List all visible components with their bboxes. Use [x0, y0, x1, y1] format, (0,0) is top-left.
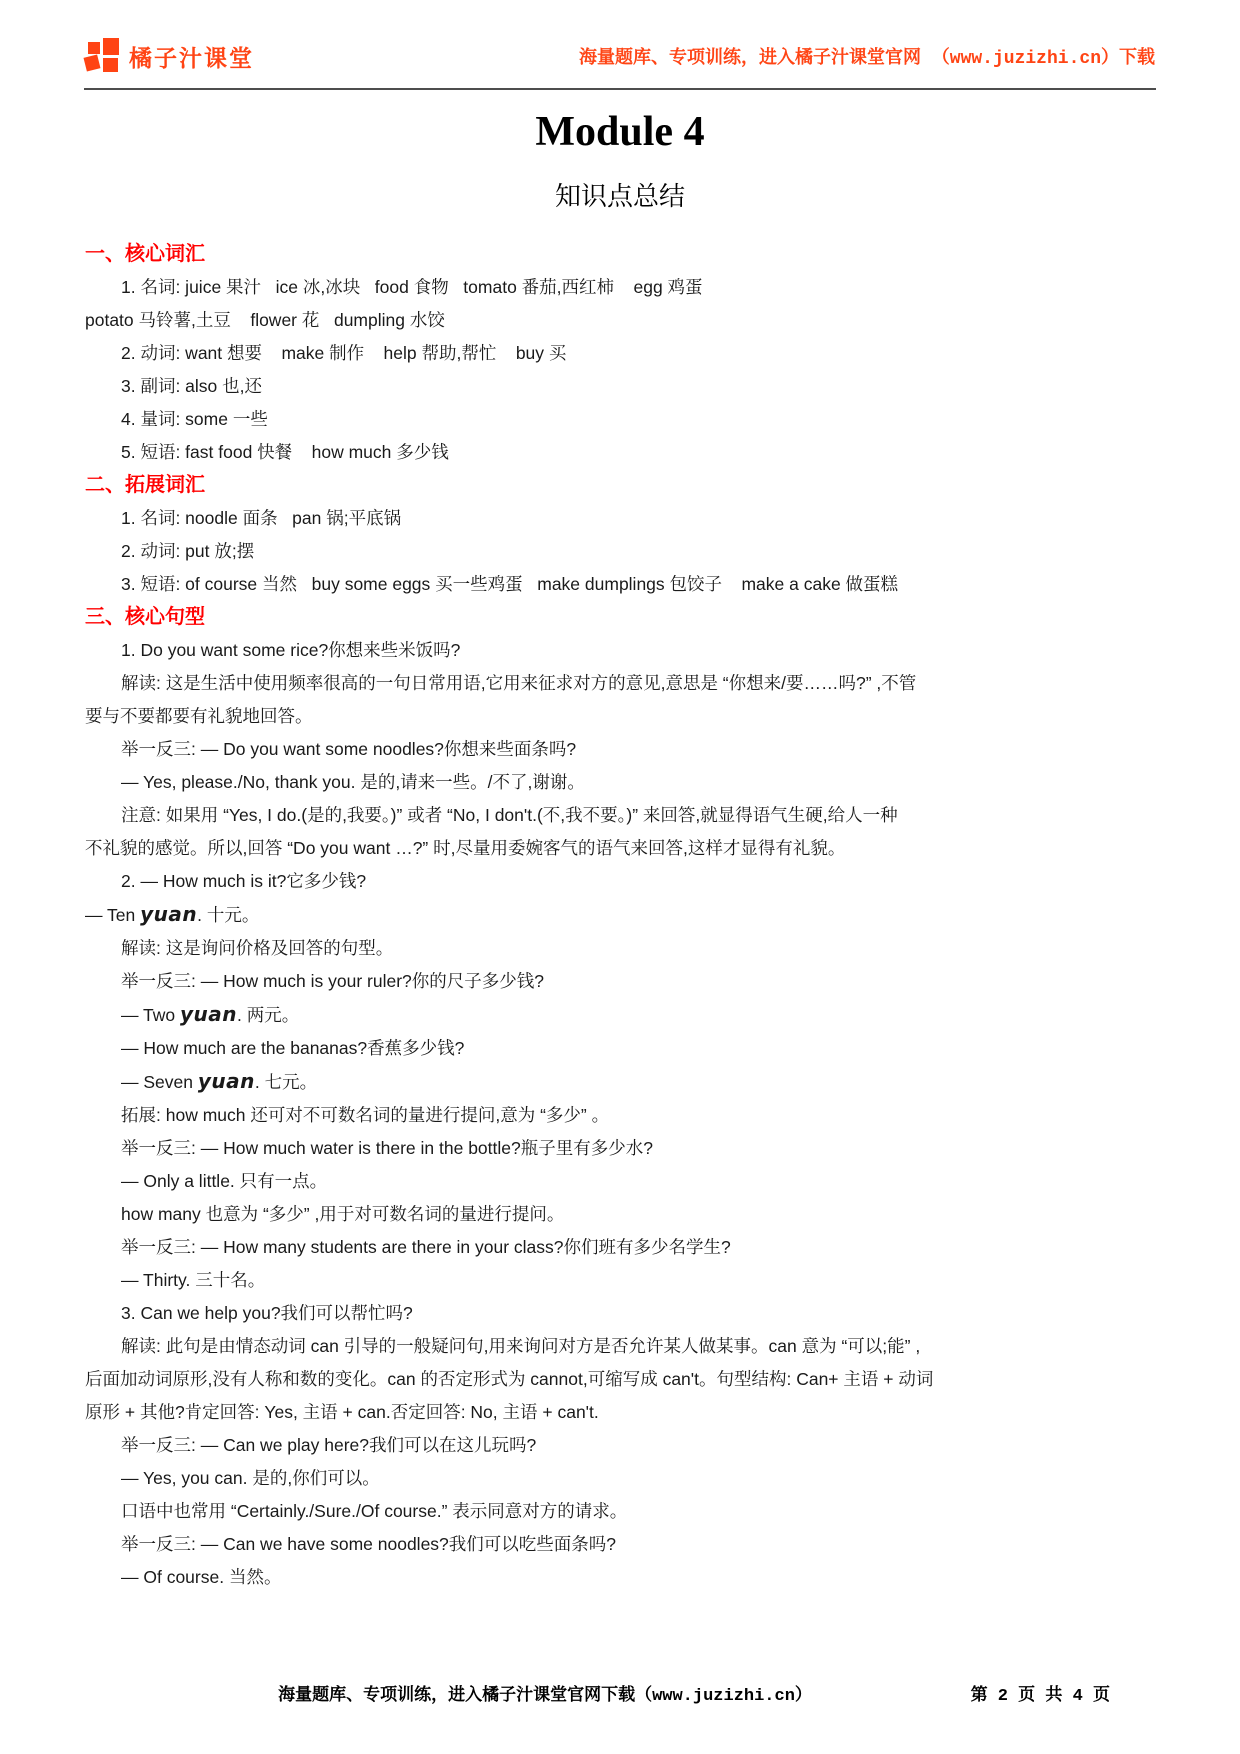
text-run: 后面加动词原形,没有人称和数的变化。can 的否定形式为 cannot,可缩写成… — [85, 1369, 933, 1389]
text-line: 5. 短语: fast food 快餐 how much 多少钱 — [85, 436, 1155, 469]
text-run: . 七元。 — [255, 1072, 317, 1092]
page-footer: 海量题库、专项训练，进入橘子汁课堂官网下载（www.juzizhi.cn） 第 … — [85, 1682, 1155, 1712]
section: 一、核心词汇1. 名词: juice 果汁 ice 冰,冰块 food 食物 t… — [85, 238, 1155, 469]
text-run: — Two — [121, 1005, 180, 1025]
text-run: — Ten — [85, 905, 140, 925]
page-content: Module 4 知识点总结 一、核心词汇1. 名词: juice 果汁 ice… — [85, 96, 1155, 1594]
text-run: 1. Do you want some rice?你想来些米饭吗? — [121, 640, 460, 660]
text-line: 注意: 如果用 “Yes, I do.(是的,我要。)” 或者 “No, I d… — [85, 799, 1155, 832]
section-heading: 一、核心词汇 — [85, 238, 1155, 271]
page-number: 第 2 页 共 4 页 — [971, 1682, 1110, 1712]
text-run: 2. 动词: put 放;摆 — [121, 541, 254, 561]
page-subtitle: 知识点总结 — [85, 178, 1155, 214]
text-line: 3. 短语: of course 当然 buy some eggs 买一些鸡蛋 … — [85, 568, 1155, 601]
text-line: — Yes, please./No, thank you. 是的,请来一些。/不… — [85, 766, 1155, 799]
text-line: 举一反三: — Do you want some noodles?你想来些面条吗… — [85, 733, 1155, 766]
text-line: 举一反三: — How many students are there in y… — [85, 1231, 1155, 1264]
text-run: 原形 + 其他?肯定回答: Yes, 主语 + can.否定回答: No, 主语… — [85, 1402, 599, 1422]
text-run: — Yes, you can. 是的,你们可以。 — [121, 1468, 380, 1488]
section-heading: 二、拓展词汇 — [85, 469, 1155, 502]
text-line: 1. 名词: noodle 面条 pan 锅;平底锅 — [85, 502, 1155, 535]
logo-text: 橘子汁课堂 — [129, 40, 254, 73]
text-run: — Seven — [121, 1072, 198, 1092]
text-line: potato 马铃薯,土豆 flower 花 dumpling 水饺 — [85, 304, 1155, 337]
text-line: 2. 动词: want 想要 make 制作 help 帮助,帮忙 buy 买 — [85, 337, 1155, 370]
text-run: 举一反三: — Do you want some noodles?你想来些面条吗… — [121, 739, 576, 759]
text-run: 2. 动词: want 想要 make 制作 help 帮助,帮忙 buy 买 — [121, 343, 566, 363]
text-line: 拓展: how much 还可对不可数名词的量进行提问,意为 “多少” 。 — [85, 1099, 1155, 1132]
section-heading: 三、核心句型 — [85, 601, 1155, 634]
text-run: 不礼貌的感觉。所以,回答 “Do you want …?” 时,尽量用委婉客气的… — [85, 838, 845, 858]
text-run: — How much are the bananas?香蕉多少钱? — [121, 1038, 464, 1058]
text-line: — Thirty. 三十名。 — [85, 1264, 1155, 1297]
text-run: — Thirty. 三十名。 — [121, 1270, 265, 1290]
text-line: 要与不要都要有礼貌地回答。 — [85, 700, 1155, 733]
text-run: — Of course. 当然。 — [121, 1567, 281, 1587]
header-divider — [84, 88, 1156, 90]
text-run: 要与不要都要有礼貌地回答。 — [85, 706, 313, 726]
text-run: 解读: 这是询问价格及回答的句型。 — [121, 938, 393, 958]
text-line: — Two yuan. 两元。 — [85, 998, 1155, 1032]
logo-icon — [85, 38, 121, 74]
sections: 一、核心词汇1. 名词: juice 果汁 ice 冰,冰块 food 食物 t… — [85, 238, 1155, 1594]
text-line: 解读: 这是生活中使用频率很高的一句日常用语,它用来征求对方的意见,意思是 “你… — [85, 667, 1155, 700]
text-line: 3. Can we help you?我们可以帮忙吗? — [85, 1297, 1155, 1330]
text-run: 5. 短语: fast food 快餐 how much 多少钱 — [121, 442, 449, 462]
section: 三、核心句型1. Do you want some rice?你想来些米饭吗?解… — [85, 601, 1155, 1594]
text-run: 举一反三: — How much water is there in the b… — [121, 1138, 653, 1158]
text-line: — Of course. 当然。 — [85, 1561, 1155, 1594]
text-line: — Only a little. 只有一点。 — [85, 1165, 1155, 1198]
text-line: 2. — How much is it?它多少钱? — [85, 865, 1155, 898]
text-line: 举一反三: — How much water is there in the b… — [85, 1132, 1155, 1165]
text-run: potato 马铃薯,土豆 flower 花 dumpling 水饺 — [85, 310, 445, 330]
text-run: — Only a little. 只有一点。 — [121, 1171, 327, 1191]
site-logo: 橘子汁课堂 — [85, 38, 254, 74]
text-run: . 十元。 — [197, 905, 259, 925]
text-line: 不礼貌的感觉。所以,回答 “Do you want …?” 时,尽量用委婉客气的… — [85, 832, 1155, 865]
text-run: 解读: 这是生活中使用频率很高的一句日常用语,它用来征求对方的意见,意思是 “你… — [121, 673, 916, 693]
text-run: 举一反三: — How many students are there in y… — [121, 1237, 731, 1257]
text-line: — Yes, you can. 是的,你们可以。 — [85, 1462, 1155, 1495]
text-run: 2. — How much is it?它多少钱? — [121, 871, 366, 891]
text-line: 1. 名词: juice 果汁 ice 冰,冰块 food 食物 tomato … — [85, 271, 1155, 304]
document-page: 橘子汁课堂 海量题库、专项训练，进入橘子汁课堂官网 （www.juzizhi.c… — [0, 0, 1240, 1754]
text-run: 举一反三: — Can we have some noodles?我们可以吃些面… — [121, 1534, 616, 1554]
yuan-word: yuan — [198, 1069, 255, 1093]
text-run: 3. Can we help you?我们可以帮忙吗? — [121, 1303, 413, 1323]
text-run: 举一反三: — How much is your ruler?你的尺子多少钱? — [121, 971, 544, 991]
text-line: 解读: 此句是由情态动词 can 引导的一般疑问句,用来询问对方是否允许某人做某… — [85, 1330, 1155, 1363]
text-run: 解读: 此句是由情态动词 can 引导的一般疑问句,用来询问对方是否允许某人做某… — [121, 1336, 920, 1356]
text-line: 举一反三: — Can we play here?我们可以在这儿玩吗? — [85, 1429, 1155, 1462]
text-line: — How much are the bananas?香蕉多少钱? — [85, 1032, 1155, 1065]
text-line: 3. 副词: also 也,还 — [85, 370, 1155, 403]
text-run: how many 也意为 “多少” ,用于对可数名词的量进行提问。 — [121, 1204, 564, 1224]
text-run: 注意: 如果用 “Yes, I do.(是的,我要。)” 或者 “No, I d… — [121, 805, 898, 825]
text-line: 后面加动词原形,没有人称和数的变化。can 的否定形式为 cannot,可缩写成… — [85, 1363, 1155, 1396]
text-line: 解读: 这是询问价格及回答的句型。 — [85, 932, 1155, 965]
header-promo-text: 海量题库、专项训练，进入橘子汁课堂官网 （www.juzizhi.cn）下载 — [579, 43, 1155, 69]
text-run: 1. 名词: juice 果汁 ice 冰,冰块 food 食物 tomato … — [121, 277, 703, 297]
yuan-word: yuan — [180, 1002, 237, 1026]
text-line: 原形 + 其他?肯定回答: Yes, 主语 + can.否定回答: No, 主语… — [85, 1396, 1155, 1429]
text-run: 3. 短语: of course 当然 buy some eggs 买一些鸡蛋 … — [121, 574, 898, 594]
text-line: 4. 量词: some 一些 — [85, 403, 1155, 436]
yuan-word: yuan — [140, 902, 197, 926]
text-run: 4. 量词: some 一些 — [121, 409, 268, 429]
text-line: 举一反三: — Can we have some noodles?我们可以吃些面… — [85, 1528, 1155, 1561]
text-line: how many 也意为 “多少” ,用于对可数名词的量进行提问。 — [85, 1198, 1155, 1231]
text-line: 1. Do you want some rice?你想来些米饭吗? — [85, 634, 1155, 667]
text-run: 举一反三: — Can we play here?我们可以在这儿玩吗? — [121, 1435, 536, 1455]
text-line: 举一反三: — How much is your ruler?你的尺子多少钱? — [85, 965, 1155, 998]
text-line: — Ten yuan. 十元。 — [85, 898, 1155, 932]
text-line: 2. 动词: put 放;摆 — [85, 535, 1155, 568]
text-run: 3. 副词: also 也,还 — [121, 376, 262, 396]
text-run: 1. 名词: noodle 面条 pan 锅;平底锅 — [121, 508, 401, 528]
text-run: 拓展: how much 还可对不可数名词的量进行提问,意为 “多少” 。 — [121, 1105, 609, 1125]
text-line: — Seven yuan. 七元。 — [85, 1065, 1155, 1099]
text-run: . 两元。 — [237, 1005, 299, 1025]
text-line: 口语中也常用 “Certainly./Sure./Of course.” 表示同… — [85, 1495, 1155, 1528]
page-title: Module 4 — [85, 106, 1155, 158]
text-run: — Yes, please./No, thank you. 是的,请来一些。/不… — [121, 772, 585, 792]
text-run: 口语中也常用 “Certainly./Sure./Of course.” 表示同… — [121, 1501, 627, 1521]
section: 二、拓展词汇1. 名词: noodle 面条 pan 锅;平底锅2. 动词: p… — [85, 469, 1155, 601]
page-header: 橘子汁课堂 海量题库、专项训练，进入橘子汁课堂官网 （www.juzizhi.c… — [85, 32, 1155, 80]
